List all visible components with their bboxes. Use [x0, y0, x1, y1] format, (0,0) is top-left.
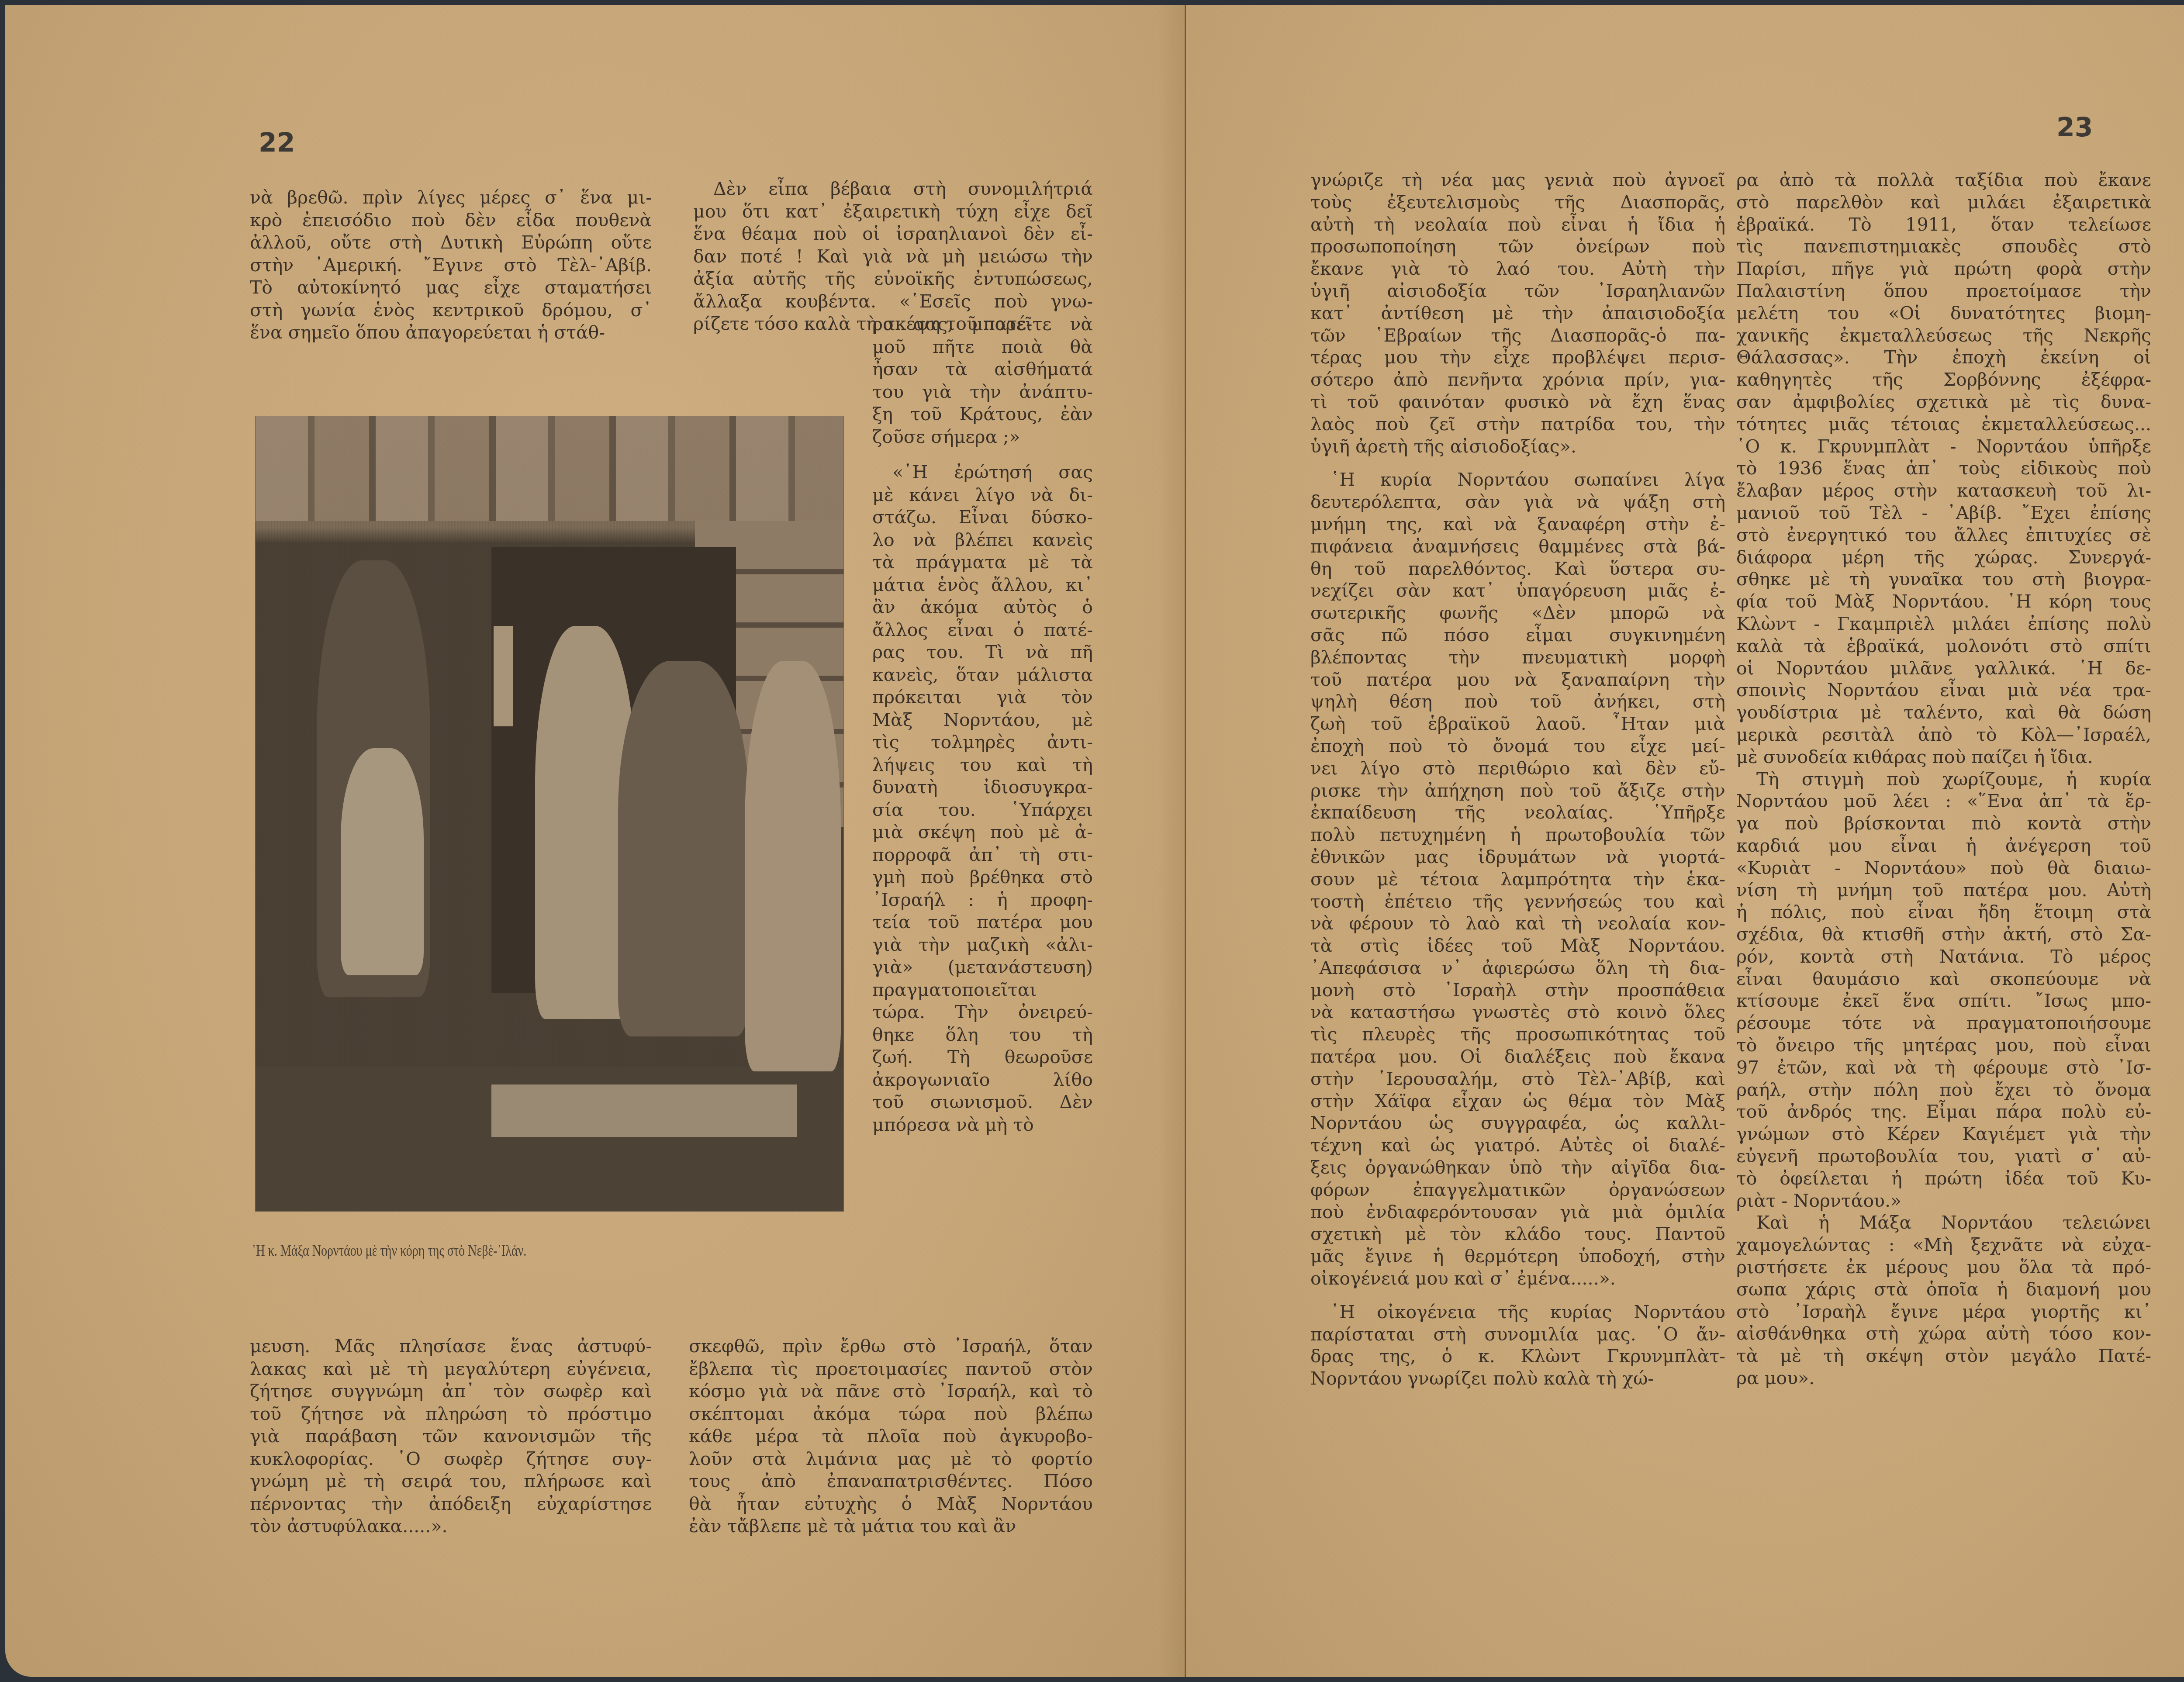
- text-line: νὰ φέρουν τὸ λαὸ καὶ τὴ νεολαία κον-: [1310, 912, 1725, 935]
- text-line: μνήμη της, καὶ νὰ ξαναφέρη στὴν ἐ-: [1310, 513, 1725, 535]
- text-line: Νορντάου ὡς συγγραφέα, ὡς καλλι-: [1310, 1112, 1725, 1134]
- text-line: τὸ 1936 ἕνας ἀπ᾿ τοὺς εἰδικοὺς ποὺ: [1736, 457, 2151, 480]
- left-col1-top-text: νὰ βρεθῶ. πρὶν λίγες μέρες σ᾿ ἕνα μι-κρὸ…: [250, 187, 652, 344]
- text-line: γουδίστρια μὲ ταλέντο, καὶ θὰ δώση: [1736, 701, 2151, 724]
- right-col1-text: γνώριζε τὴ νέα μας γενιὰ ποὺ ἀγνοεῖτοὺς …: [1310, 169, 1725, 1390]
- text-line: Παρίσι, πῆγε γιὰ πρώτη φορὰ στὴν: [1736, 258, 2151, 280]
- left-col1-bottom-text: μευση. Μᾶς πλησίασε ἕνας ἀστυφύ-λακας κα…: [250, 1335, 652, 1538]
- text-line: ξεις ὀργανώθηκαν ὑπὸ τὴν αἰγῖδα δια-: [1310, 1157, 1725, 1179]
- photo-stone-wall: [256, 416, 843, 521]
- text-line: πρόκειται γιὰ τὸν: [872, 686, 1093, 709]
- text-line: μευση. Μᾶς πλησίασε ἕνας ἀστυφύ-: [250, 1335, 652, 1358]
- text-line: Νορντάου γνωρίζει πολὺ καλὰ τὴ χώ-: [1310, 1368, 1725, 1390]
- text-line: τέχνη καὶ ὡς γιατρό. Αὐτὲς οἱ διαλέ-: [1310, 1134, 1725, 1157]
- text-line: σωτερικῆς φωνῆς «Δὲν μπορῶ νὰ: [1310, 602, 1725, 624]
- text-line: πολὺ πετυχημένη ἡ πρωτοβουλία τῶν: [1310, 824, 1725, 846]
- text-line: τώρα. Τὴν ὀνειρεύ-: [872, 1001, 1093, 1024]
- photo-nordau-family: [255, 416, 844, 1212]
- text-line: λήψεις του καὶ τὴ: [872, 754, 1093, 777]
- text-line: κυκλοφορίας. ῾Ο σωφὲρ ζήτησε συγ-: [250, 1448, 652, 1471]
- photo-figure-woman-light-coat: [745, 661, 841, 1071]
- text-line: [1310, 1290, 1725, 1301]
- page-number-right: 23: [2056, 112, 2093, 143]
- photo-figure-elderly-woman: [618, 661, 749, 1036]
- text-line: σχετικὴ μὲ τὸν κλάδο τους. Παντοῦ: [1310, 1223, 1725, 1245]
- text-line: νὰ βρεθῶ. πρὶν λίγες μέρες σ᾿ ἕνα μι-: [250, 187, 652, 209]
- photo-window: [494, 626, 513, 726]
- text-line: τὰ στὶς ἰδέες τοῦ Μὰξ Νορντάου.: [1310, 935, 1725, 957]
- text-line: δυνατὴ ἰδιοσυγκρα-: [872, 776, 1093, 799]
- text-line: στὴν Χάϊφα εἶχαν ὡς θέμα τὸν Μὰξ: [1310, 1090, 1725, 1112]
- text-line: θὰ ἦταν εὐτυχὴς ὁ Μὰξ Νορντάου: [689, 1493, 1093, 1516]
- text-line: καρδιά μου εἶναι ἡ ἀνέγερση τοῦ: [1736, 835, 2151, 857]
- text-line: ὑγιῆ ἀρετὴ τῆς αἰσιοδοξίας».: [1310, 435, 1725, 458]
- text-line: μάτια ἑνὸς ἄλλου, κι᾿: [872, 574, 1093, 597]
- text-line: χαμογελώντας : «Μὴ ξεχνᾶτε νὰ εὐχα-: [1736, 1234, 2151, 1256]
- text-line: ριστήσετε ἐκ μέρους μου ὅλα τὰ πρό-: [1736, 1256, 2151, 1278]
- text-line: εὐγενῆ πρωτοβουλία του, γιατὶ σ᾿ αὐ-: [1736, 1145, 2151, 1167]
- text-line: ρόν, κοντὰ στὴ Νατάνια. Τὸ μέρος: [1736, 946, 2151, 968]
- page-number-left: 22: [259, 128, 295, 158]
- text-line: τοῦ ἀνδρός της. Εἶμαι πάρα πολὺ εὐ-: [1736, 1101, 2151, 1123]
- text-line: σωπα χάρις στὰ ὁποῖα ἡ διαμονή μου: [1736, 1278, 2151, 1301]
- text-line: Παλαιστίνη ὅπου προετοίμασε τὴν: [1736, 280, 2151, 302]
- left-col2-narrow-text: ρα σας, μπορεῖτε νὰμοῦ πῆτε ποιὰ θὰἦσαν …: [872, 313, 1093, 1136]
- text-line: Τὴ στιγμὴ ποὺ χωρίζουμε, ἡ κυρία: [1736, 768, 2151, 791]
- magazine-spread: 22 νὰ βρεθῶ. πρὶν λίγες μέρες σ᾿ ἕνα μι-…: [5, 5, 2184, 1677]
- text-line: παρίσταται στὴ συνομιλία μας. ῾Ο ἄν-: [1310, 1323, 1725, 1346]
- text-line: μελέτη του «Οἱ δυνατότητες βιομη-: [1736, 302, 2151, 325]
- text-line: ζωή. Τὴ θεωροῦσε: [872, 1046, 1093, 1069]
- text-line: μανιοῦ τοῦ Τὲλ - ᾿Αβίβ. ῎Εχει ἐπίσης: [1736, 502, 2151, 524]
- text-line: ῾Ο κ. Γκρυνμπλὰτ - Νορντάου ὑπῆρξε: [1736, 435, 2151, 458]
- text-line: [1310, 457, 1725, 469]
- text-line: νεχίζει σὰν κατ᾿ ὑπαγόρευση μιᾶς ἐ-: [1310, 580, 1725, 602]
- text-line: τῶν ῾Εβραίων τῆς Διασπορᾶς-ὁ πα-: [1310, 325, 1725, 347]
- text-line: στὴν ᾿Αμερική. ῎Εγινε στὸ Τὲλ-᾿Αβίβ.: [250, 254, 652, 277]
- text-line: νει λίγο στὸ περιθώριο καὶ δὲν εὔ-: [1310, 757, 1725, 780]
- text-line: σκέπτομαι ἀκόμα τώρα ποὺ βλέπω: [689, 1403, 1093, 1426]
- text-line: μονὴ στὸ ᾿Ισραὴλ στὴν προσπάθεια: [1310, 979, 1725, 1002]
- text-line: σαν ἀμφιβολίες σχετικὰ μὲ τὶς δυνα-: [1736, 391, 2151, 413]
- text-line: ξη τοῦ Κράτους, ἐὰν: [872, 403, 1093, 426]
- text-line: σουν μὲ τέτοια λαμπρότητα τὴν ἑκα-: [1310, 868, 1725, 891]
- text-line: ραήλ, στὴν πόλη ποὺ ἔχει τὸ ὄνομα: [1736, 1079, 2151, 1101]
- text-line: ἄλλαξα κουβέντα. «῾Εσεῖς ποὺ γνω-: [693, 290, 1093, 313]
- text-line: κανεὶς, ὅταν μάλιστα: [872, 664, 1093, 687]
- text-line: τοῦ ζήτησε νὰ πληρώση τὸ πρόστιμο: [250, 1403, 652, 1426]
- text-line: γνώριζε τὴ νέα μας γενιὰ ποὺ ἀγνοεῖ: [1310, 169, 1725, 191]
- text-line: ζωὴ τοῦ ἑβραϊκοῦ λαοῦ. ῏Ηταν μιὰ: [1310, 713, 1725, 735]
- text-line: ἐποχὴ ποὺ τὸ ὄνομά του εἶχε μεί-: [1310, 735, 1725, 757]
- text-line: δευτερόλεπτα, σὰν γιὰ νὰ ψάξη στὴ: [1310, 491, 1725, 513]
- right-col2-text: ρα ἀπὸ τὰ πολλὰ ταξίδια ποὺ ἔκανεστὸ παρ…: [1736, 169, 2151, 1389]
- left-col2-top-text: Δὲν εἶπα βέβαια στὴ συνομιλήτριάμου ὅτι …: [693, 178, 1093, 335]
- text-line: ἐκπαίδευση τῆς νεολαίας. ῾Υπῆρξε: [1310, 801, 1725, 824]
- text-line: κρὸ ἐπεισόδιο ποὺ δὲν εἶδα πουθενὰ: [250, 209, 652, 232]
- text-line: τοῦ πατέρα μου νὰ ξαναπαίρνη τὴν: [1310, 669, 1725, 691]
- text-line: κατ᾿ ἀντίθεση μὲ τὴν ἀπαισιοδοξία: [1310, 302, 1725, 325]
- text-line: ἕνα σημεῖο ὅπου ἀπαγορεύεται ἡ στάθ-: [250, 321, 652, 344]
- text-line: σία του. ῾Υπάρχει: [872, 799, 1093, 822]
- text-line: μου ὅτι κατ᾿ ἐξαιρετικὴ τύχη εἶχε δεῖ: [693, 200, 1093, 223]
- text-line: αὐτὴ τὴ νεολαία ποὺ εἶναι ἡ ἴδια ἡ: [1310, 214, 1725, 236]
- text-line: τὰ πράγματα μὲ τὰ: [872, 551, 1093, 574]
- text-line: τὶς τολμηρὲς ἀντι-: [872, 731, 1093, 754]
- text-line: πατέρα μου. Οἱ διαλέξεις ποὺ ἔκανα: [1310, 1046, 1725, 1068]
- text-line: ᾿Απεφάσισα ν᾿ ἀφιερώσω ὅλη τὴ δια-: [1310, 957, 1725, 979]
- left-page: 22 νὰ βρεθῶ. πρὶν λίγες μέρες σ᾿ ἕνα μι-…: [5, 5, 1186, 1677]
- text-line: οἱ Νορντάου μιλᾶνε γαλλικά. ῾Η δε-: [1736, 657, 2151, 680]
- text-line: σκεφθῶ, πρὶν ἔρθω στὸ ᾿Ισραήλ, ὅταν: [689, 1335, 1093, 1358]
- photo-figure-trousers: [341, 748, 424, 975]
- text-line: τὸ ὄνειρο τῆς μητέρας μου, ποὺ εἶναι: [1736, 1034, 2151, 1057]
- text-line: λο νὰ βλέπει κανεὶς: [872, 529, 1093, 552]
- text-line: ἀλλοῦ, οὔτε στὴ Δυτικὴ Εὐρώπη οὔτε: [250, 231, 652, 254]
- text-line: φόρων ἐπαγγελματικῶν ὀργανώσεων: [1310, 1179, 1725, 1201]
- text-line: τὰ μὲ τὴ σκέψη στὸν μεγάλο Πατέ-: [1736, 1345, 2151, 1367]
- text-line: ρα ἀπὸ τὰ πολλὰ ταξίδια ποὺ ἔκανε: [1736, 169, 2151, 191]
- text-line: ἡ πόλις, ποὺ εἶναι ἤδη ἕτοιμη στὰ: [1736, 901, 2151, 923]
- text-line: μᾶς ἔγινε ἡ θερμότερη ὑποδοχή, στὴν: [1310, 1245, 1725, 1268]
- text-line: καθηγητὲς τῆς Σορβόννης ἐξέφρα-: [1736, 369, 2151, 391]
- text-line: σποινὶς Νορντάου εἶναι μιὰ νέα τρα-: [1736, 679, 2151, 701]
- text-line: γνώμη μὲ τὴ σειρά του, πλήρωσε καὶ: [250, 1470, 652, 1493]
- text-line: θη τοῦ παρελθόντος. Καὶ ὕστερα συ-: [1310, 558, 1725, 580]
- text-line: κάθε μέρα τὰ πλοῖα ποὺ ἀγκυροβο-: [689, 1425, 1093, 1448]
- text-line: «Κυριὰτ - Νορντάου» ποὺ θὰ διαιω-: [1736, 857, 2151, 879]
- text-line: Νορντάου μοῦ λέει : «῞Ενα ἀπ᾿ τὰ ἔρ-: [1736, 790, 2151, 812]
- text-line: ρα σας, μπορεῖτε νὰ: [872, 313, 1093, 336]
- text-line: ἔκανε γιὰ τὸ λαό του. Αὐτὴ τὴν: [1310, 258, 1725, 280]
- text-line: γιὰ παράβαση τῶν κανονισμῶν τῆς: [250, 1425, 652, 1448]
- left-col2-bottom-text: σκεφθῶ, πρὶν ἔρθω στὸ ᾿Ισραήλ, ὅτανἔβλεπ…: [689, 1335, 1093, 1538]
- text-line: στὴ γωνία ἑνὸς κεντρικοῦ δρόμου, σ᾿: [250, 299, 652, 322]
- text-line: σᾶς πῶ πόσο εἶμαι συγκινημένη: [1310, 624, 1725, 646]
- text-line: καλὰ τὰ ἑβραϊκά, μολονότι στὸ σπίτι: [1736, 635, 2151, 657]
- gutter-shadow: [1158, 5, 1185, 1677]
- text-line: ὑγιῆ αἰσιοδοξία τῶν ᾿Ισραηλιανῶν: [1310, 280, 1725, 302]
- text-line: ῾Η οἰκογένεια τῆς κυρίας Νορντάου: [1310, 1301, 1725, 1323]
- text-line: πραγματοποιεῖται: [872, 979, 1093, 1002]
- text-line: στὸ ἐνεργητικό του ἄλλες ἐπιτυχίες σὲ: [1736, 524, 2151, 546]
- text-line: ἐθνικῶν μας ἱδρυμάτων νὰ γιορτά-: [1310, 846, 1725, 868]
- text-line: διάφορα μέρη τῆς χώρας. Συνεργά-: [1736, 546, 2151, 569]
- text-line: λαὸς ποὺ ζεῖ στὴν πατρίδα του, τὴν: [1310, 413, 1725, 435]
- text-line: στὸ ᾿Ισραὴλ ἔγινε μέρα γιορτῆς κι᾿: [1736, 1301, 2151, 1323]
- text-line: τότητες μιᾶς τέτοιας ἐκμεταλλεύσεως...: [1736, 413, 2151, 435]
- text-line: χανικῆς ἐκμεταλλεύσεως τῆς Νεκρῆς: [1736, 325, 2151, 347]
- photo-caption: ῾Η κ. Μάξα Νορντάου μὲ τὴν κόρη της στὸ …: [252, 1241, 526, 1260]
- text-line: ρα μου».: [1736, 1367, 2151, 1389]
- text-line: μοῦ πῆτε ποιὰ θὰ: [872, 336, 1093, 359]
- text-line: δρας της, ὁ κ. Κλὼντ Γκρυνμπλὰτ-: [1310, 1345, 1725, 1368]
- text-line: ἕνα θέαμα ποὺ οἱ ἰσραηλιανοὶ δὲν εἶ-: [693, 223, 1093, 245]
- text-line: ρισκε τὴν ἀπήχηση ποὺ τοῦ ἄξιζε στὴν: [1310, 780, 1725, 802]
- photo-ground-light: [491, 1084, 797, 1137]
- text-line: εἶναι θαυμάσιο καὶ σκοπεύουμε νὰ: [1736, 968, 2151, 990]
- text-line: σθηκε μὲ τὴ γυναῖκα του στὴ βιογρα-: [1736, 568, 2151, 591]
- text-line: τὶς πλευρὲς τῆς προσωπικότητας τοῦ: [1310, 1023, 1725, 1046]
- text-line: [872, 448, 1093, 461]
- text-line: μιὰ σκέψη ποὺ μὲ ἀ-: [872, 821, 1093, 844]
- text-line: τὶς πανεπιστημιακὲς σπουδὲς στὸ: [1736, 235, 2151, 258]
- text-line: πέρνοντας τὴν ἀπόδειξη εὐχαρίστησε: [250, 1493, 652, 1516]
- text-line: ἑβραϊκά. Τὸ 1911, ὅταν τελείωσε: [1736, 214, 2151, 236]
- text-line: λοῦν στὰ λιμάνια μας μὲ τὸ φορτίο: [689, 1448, 1093, 1471]
- text-line: σχέδια, θὰ κτισθῆ στὴν ἀκτή, στὸ Σα-: [1736, 923, 2151, 946]
- text-line: Μὰξ Νορντάου, μὲ: [872, 709, 1093, 732]
- text-line: ζοῦσε σήμερα ;»: [872, 426, 1093, 449]
- text-line: λακας καὶ μὲ τὴ μεγαλύτερη εὐγένεια,: [250, 1358, 652, 1381]
- text-line: ἀκρογωνιαῖο λίθο: [872, 1069, 1093, 1091]
- text-line: τοστὴ ἐπέτειο τῆς γεννήσεώς του καὶ: [1310, 891, 1725, 913]
- text-line: κτίσουμε ἐκεῖ ἕνα σπίτι. ῎Ισως μπο-: [1736, 990, 2151, 1012]
- text-line: στὸ παρελθὸν καὶ μιλάει ἐξαιρετικὰ: [1736, 191, 2151, 214]
- text-line: ριὰτ - Νορντάου.»: [1736, 1190, 2151, 1212]
- text-line: ἄλλος εἶναι ὁ πατέ-: [872, 619, 1093, 642]
- text-line: ἀξία αὐτῆς τῆς εὐνοϊκῆς ἐντυπώσεως,: [693, 268, 1093, 290]
- text-line: ψηλὴ θέση ποὺ τοῦ ἀνήκει, στὴ: [1310, 691, 1725, 713]
- text-line: στάζω. Εἶναι δύσκο-: [872, 506, 1093, 529]
- text-line: τέρας μου τὴν εἶχε προβλέψει περισ-: [1310, 346, 1725, 369]
- text-line: ᾿Ισραήλ : ἡ προφη-: [872, 889, 1093, 912]
- text-line: γμὴ ποὺ βρέθηκα στὸ: [872, 866, 1093, 889]
- text-line: γιὰ τὴν μαζικὴ «ἀλι-: [872, 934, 1093, 957]
- text-line: Καὶ ἡ Μάξα Νορντάου τελειώνει: [1736, 1212, 2151, 1234]
- text-line: ποὺ ἐνδιαφερόντουσαν γιὰ μιὰ ὁμιλία: [1310, 1201, 1725, 1223]
- text-line: ἂν ἀκόμα αὐτὸς ὁ: [872, 596, 1093, 619]
- text-line: γνώμων στὸ Κέρεν Καγιέμετ γιὰ τὴν: [1736, 1123, 2151, 1145]
- text-line: κόσμο γιὰ νὰ πᾶνε στὸ ᾿Ισραήλ, καὶ τὸ: [689, 1380, 1093, 1403]
- text-line: βλέποντας τὴν πνευματικὴ μορφὴ: [1310, 646, 1725, 669]
- text-line: μερικὰ ρεσιτὰλ ἀπὸ τὸ Κὸλ—᾿Ισραέλ,: [1736, 724, 2151, 746]
- text-line: του γιὰ τὴν ἀνάπτυ-: [872, 381, 1093, 404]
- text-line: τους ἀπὸ ἐπαναπατρισθέντες. Πόσο: [689, 1470, 1093, 1493]
- text-line: Κλὼντ - Γκαμπριὲλ μιλάει ἐπίσης πολὺ: [1736, 613, 2151, 635]
- text-line: Τὸ αὐτοκίνητό μας εἶχε σταματήσει: [250, 276, 652, 299]
- text-line: σότερο ἀπὸ πενῆντα χρόνια πρίν, για-: [1310, 369, 1725, 391]
- right-page: 23 γνώριζε τὴ νέα μας γενιὰ ποὺ ἀγνοεῖτο…: [1186, 5, 2184, 1677]
- text-line: «῾Η ἐρώτησή σας: [872, 461, 1093, 484]
- text-line: πιφάνεια ἀναμνήσεις θαμμένες στὰ βά-: [1310, 535, 1725, 558]
- text-line: πορροφᾶ ἀπ᾿ τὴ στι-: [872, 844, 1093, 867]
- text-line: ἔλαβαν μέρος στὴν κατασκευὴ τοῦ λι-: [1736, 480, 2151, 502]
- text-line: Θάλασσας». Τὴν ἐποχὴ ἐκείνη οἱ: [1736, 346, 2151, 369]
- text-line: θηκε ὅλη του τὴ: [872, 1024, 1093, 1047]
- text-line: οἰκογένειά μου καὶ σ᾿ ἐμένα.....».: [1310, 1268, 1725, 1290]
- text-line: τὶ τοῦ φαινόταν φυσικὸ νὰ ἔχη ἕνας: [1310, 391, 1725, 413]
- text-line: ζήτησε συγγνώμη ἀπ᾿ τὸν σωφὲρ καὶ: [250, 1380, 652, 1403]
- text-line: νίση τὴ μνήμη τοῦ πατέρα μου. Αὐτὴ: [1736, 879, 2151, 901]
- text-line: μὲ κάνει λίγο νὰ δι-: [872, 484, 1093, 507]
- text-line: τοῦ σιωνισμοῦ. Δὲν: [872, 1091, 1093, 1114]
- text-line: ῾Η κυρία Νορντάου σωπαίνει λίγα: [1310, 469, 1725, 491]
- text-line: ἦσαν τὰ αἰσθήματά: [872, 358, 1093, 381]
- text-line: αἰσθάνθηκα στὴ χώρα αὐτὴ τόσο κον-: [1736, 1323, 2151, 1345]
- text-line: γιὰ» (μετανάστευση): [872, 956, 1093, 979]
- text-line: φία τοῦ Μὰξ Νορντάου. ῾Η κόρη τους: [1736, 591, 2151, 613]
- text-line: ἐὰν τἄβλεπε μὲ τὰ μάτια του καὶ ἂν: [689, 1515, 1093, 1538]
- text-line: Δὲν εἶπα βέβαια στὴ συνομιλήτριά: [693, 178, 1093, 200]
- text-line: τὸν ἀστυφύλακα.....».: [250, 1515, 652, 1538]
- text-line: ρέσουμε τότε νὰ πραγματοποιήσουμε: [1736, 1012, 2151, 1034]
- text-line: προσωποποίηση τῶν ὀνείρων ποὺ: [1310, 235, 1725, 258]
- text-line: μὲ συνοδεία κιθάρας ποὺ παίζει ἡ ἴδια.: [1736, 746, 2151, 768]
- text-line: ἔβλεπα τὶς προετοιμασίες παντοῦ στὸν: [689, 1358, 1093, 1381]
- text-line: τοὺς ἐξευτελισμοὺς τῆς Διασπορᾶς,: [1310, 191, 1725, 214]
- text-line: νὰ καταστήσω γνωστὲς στὸ κοινὸ ὅλες: [1310, 1001, 1725, 1023]
- text-line: τεία τοῦ πατέρα μου: [872, 911, 1093, 934]
- text-line: τὸ ὀφείλεται ἡ πρώτη ἰδέα τοῦ Κυ-: [1736, 1167, 2151, 1190]
- text-line: μπόρεσα νὰ μὴ τὸ: [872, 1114, 1093, 1136]
- text-line: στὴν ῾Ιερουσαλήμ, στὸ Τὲλ-᾿Αβίβ, καὶ: [1310, 1068, 1725, 1090]
- text-line: ρας του. Τὶ νὰ πῆ: [872, 641, 1093, 664]
- text-line: 97 ἐτῶν, καὶ νὰ τὴ φέρουμε στὸ ᾿Ισ-: [1736, 1057, 2151, 1079]
- text-line: δαν ποτέ ! Καὶ γιὰ νὰ μὴ μειώσω τὴν: [693, 245, 1093, 268]
- text-line: γα ποὺ βρίσκονται πιὸ κοντὰ στὴν: [1736, 812, 2151, 835]
